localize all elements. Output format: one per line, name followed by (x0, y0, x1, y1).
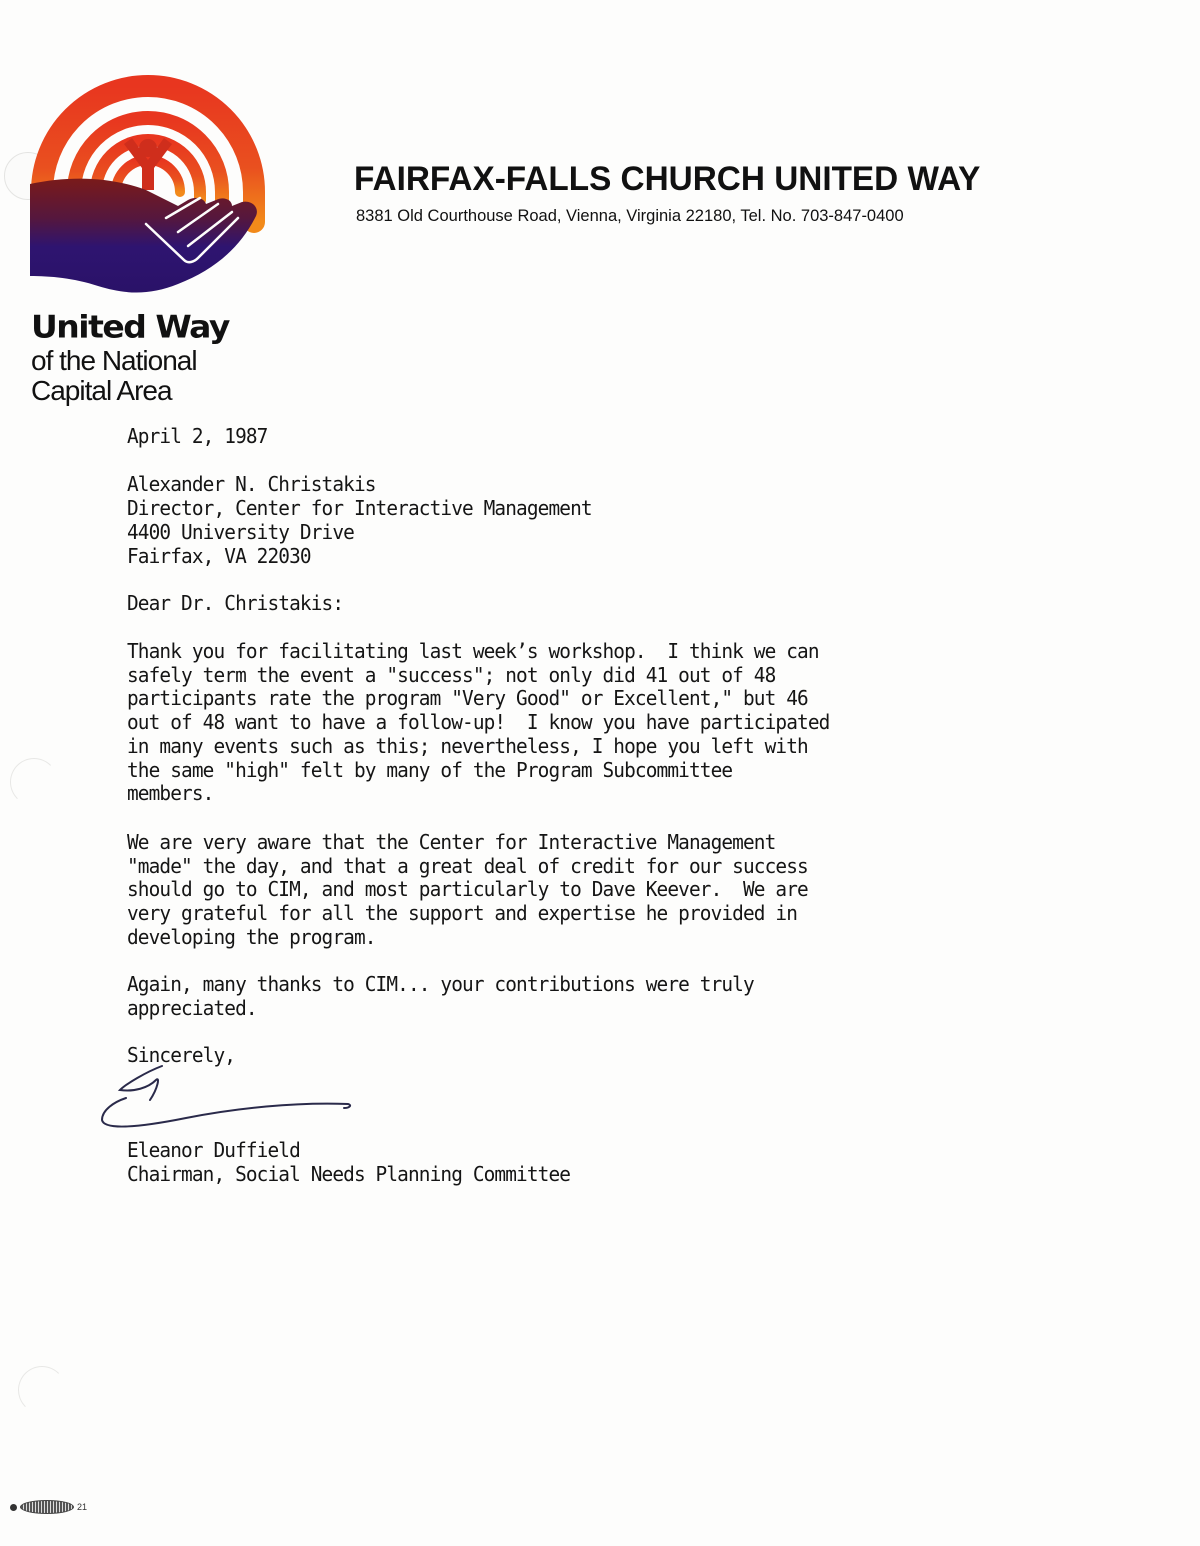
body-paragraph-3: Again, many thanks to CIM... your contri… (127, 973, 754, 1020)
union-label-number: 21 (77, 1502, 87, 1512)
recipient-city: Fairfax, VA 22030 (127, 545, 311, 569)
organization-title: FAIRFAX-FALLS CHURCH UNITED WAY (354, 160, 980, 199)
punch-hole-middle (10, 758, 58, 806)
handwritten-signature-icon (96, 1058, 366, 1138)
registered-mark-icon (10, 1504, 17, 1511)
united-way-logo-icon (28, 72, 270, 298)
recipient-name: Alexander N. Christakis (127, 473, 376, 497)
letter-date: April 2, 1987 (127, 425, 267, 449)
union-label-icon (20, 1500, 74, 1514)
recipient-street: 4400 University Drive (127, 521, 354, 545)
logo-subtitle-line-2: Capital Area (31, 377, 172, 405)
punch-hole-bottom (18, 1366, 66, 1414)
recipient-title: Director, Center for Interactive Managem… (127, 497, 592, 521)
signer-title: Chairman, Social Needs Planning Committe… (127, 1163, 570, 1187)
signer-name: Eleanor Duffield (127, 1139, 300, 1163)
body-paragraph-2: We are very aware that the Center for In… (127, 831, 808, 950)
logo-name: United Way (31, 308, 229, 345)
organization-address: 8381 Old Courthouse Road, Vienna, Virgin… (356, 207, 904, 226)
body-paragraph-1: Thank you for facilitating last week’s w… (127, 640, 829, 806)
logo-subtitle-line-1: of the National (31, 347, 197, 375)
union-printing-label: 21 (10, 1500, 87, 1514)
salutation: Dear Dr. Christakis: (127, 592, 343, 616)
